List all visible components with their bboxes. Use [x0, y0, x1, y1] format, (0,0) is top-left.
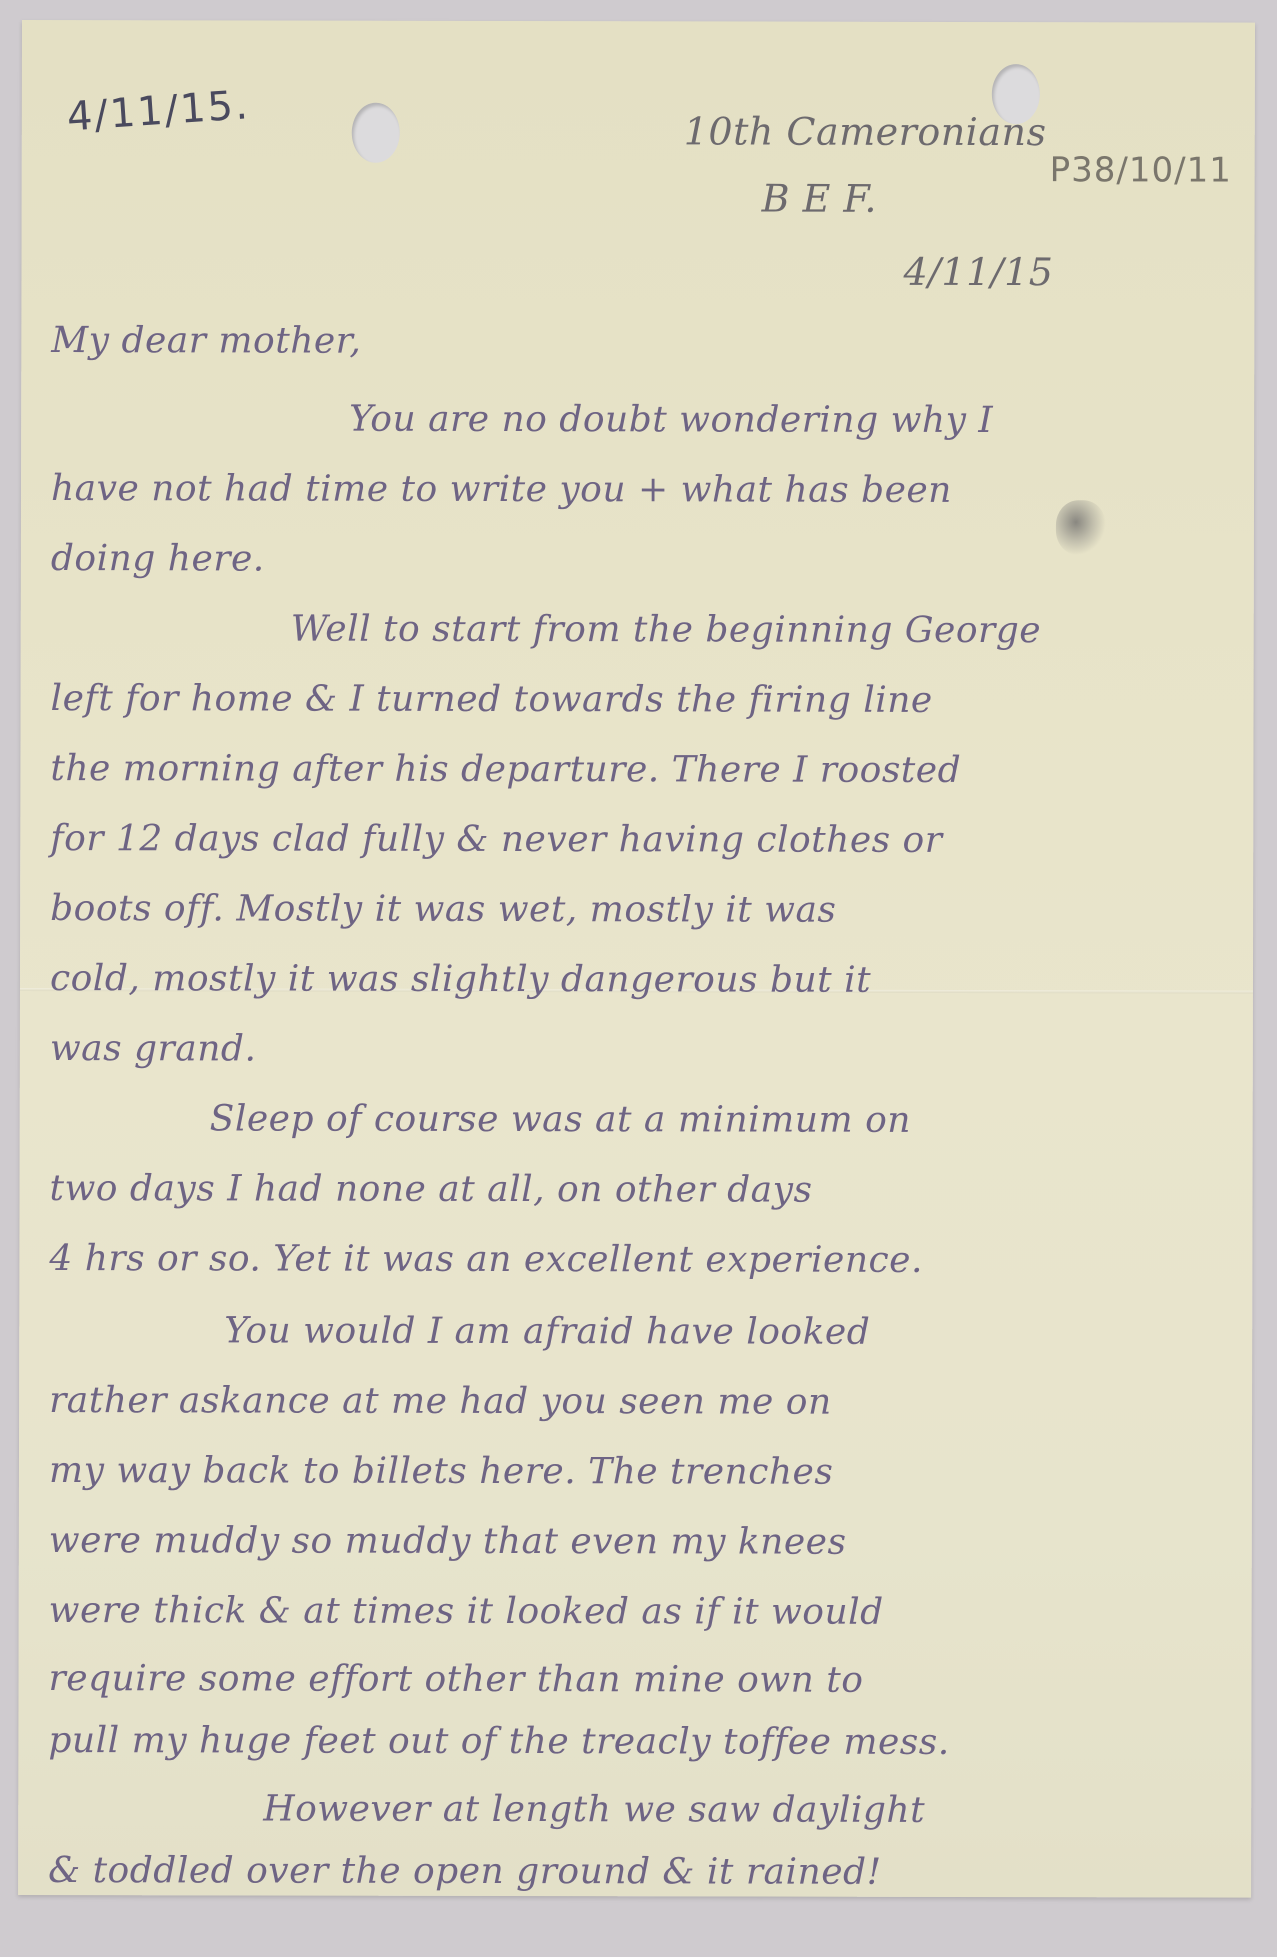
- letter-page: 4/11/15. P38/10/11 10th Cameronians B E …: [18, 20, 1255, 1898]
- punch-hole-left: [352, 103, 400, 163]
- archive-date: 4/11/15.: [65, 82, 251, 140]
- letter-line: have not had time to write you + what ha…: [51, 468, 952, 511]
- header-unit: 10th Cameronians: [684, 109, 1047, 154]
- letter-line: doing here.: [51, 538, 265, 579]
- letter-line: left for home & I turned towards the fir…: [51, 678, 933, 721]
- letter-line: were thick & at times it looked as if it…: [49, 1590, 884, 1633]
- letter-line: my way back to billets here. The trenche…: [49, 1450, 833, 1493]
- letter-line: was grand.: [50, 1028, 257, 1069]
- letter-line: 4 hrs or so. Yet it was an excellent exp…: [49, 1238, 923, 1281]
- salutation: My dear mother,: [51, 320, 361, 362]
- letter-line: pull my huge feet out of the treacly tof…: [48, 1720, 949, 1763]
- letter-line: require some effort other than mine own …: [48, 1658, 863, 1701]
- letter-line: However at length we saw daylight: [263, 1789, 925, 1831]
- archive-reference-number: P38/10/11: [1050, 150, 1232, 190]
- letter-line: You are no doubt wondering why I: [349, 399, 993, 441]
- letter-line: rather askance at me had you seen me on: [49, 1380, 832, 1423]
- letter-line: the morning after his departure. There I…: [50, 748, 961, 791]
- letter-line: Sleep of course was at a minimum on: [210, 1098, 911, 1140]
- header-date: 4/11/15: [903, 250, 1053, 294]
- fingerprint-smudge: [1056, 500, 1106, 555]
- letter-line: & toddled over the open ground & it rain…: [48, 1850, 882, 1893]
- letter-line: Well to start from the beginning George: [291, 609, 1041, 652]
- letter-line: for 12 days clad fully & never having cl…: [50, 818, 942, 861]
- letter-line: two days I had none at all, on other day…: [50, 1168, 813, 1211]
- letter-line: boots off. Mostly it was wet, mostly it …: [50, 888, 836, 931]
- letter-line: You would I am afraid have looked: [224, 1310, 870, 1352]
- letter-line: were muddy so muddy that even my knees: [49, 1520, 847, 1563]
- header-force: B E F.: [762, 177, 877, 221]
- letter-line: cold, mostly it was slightly dangerous b…: [50, 958, 871, 1001]
